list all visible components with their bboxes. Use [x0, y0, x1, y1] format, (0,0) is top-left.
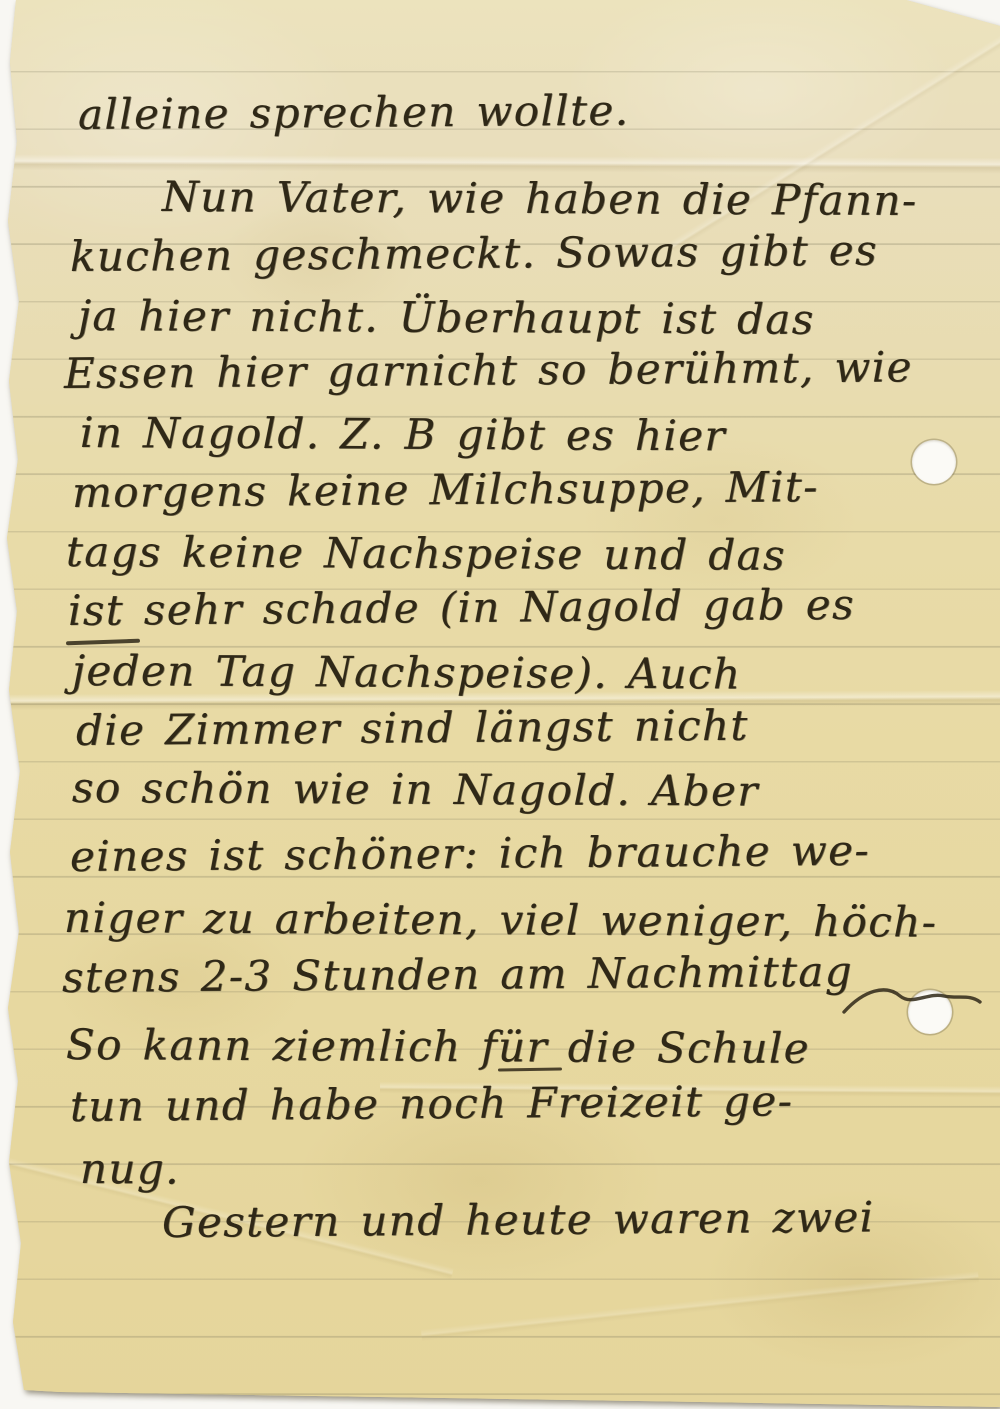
handwritten-line: niger zu arbeiten, viel weniger, höch- — [64, 893, 937, 947]
handwritten-line: tun und habe noch Freizeit ge- — [70, 1076, 794, 1131]
handwritten-line: in Nagold. Z. B gibt es hier — [80, 408, 726, 460]
handwritten-line: Nun Vater, wie haben die Pfann- — [162, 172, 918, 225]
diagonal-crease — [421, 1271, 979, 1341]
handwritten-line: Essen hier garnicht so berühmt, wie — [64, 342, 913, 398]
handwritten-line: kuchen geschmeckt. Sowas gibt es — [70, 226, 878, 281]
handwritten-line: So kann ziemlich für die Schule — [66, 1020, 810, 1073]
handwritten-line: eines ist schöner: ich brauche we- — [70, 826, 870, 881]
stray-ink-dash — [66, 639, 140, 646]
handwritten-line: stens 2-3 Stunden am Nachmittag — [62, 947, 853, 1002]
handwritten-line: ja hier nicht. Überhaupt ist das — [78, 291, 815, 344]
handwritten-line: alleine sprechen wollte. — [78, 86, 630, 139]
handwritten-line: Gestern und heute waren zwei — [162, 1192, 875, 1247]
punch-hole-top — [912, 440, 956, 484]
handwritten-line: die Zimmer sind längst nicht — [76, 701, 749, 755]
handwritten-line: so schön wie in Nagold. Aber — [72, 763, 759, 816]
handwritten-line: ist sehr schade (in Nagold gab es — [68, 580, 855, 635]
letter-paper: alleine sprechen wollte. Nun Vater, wie … — [0, 0, 1000, 1409]
handwritten-line: morgens keine Milchsuppe, Mit- — [72, 462, 819, 517]
handwritten-line: nug. — [80, 1144, 180, 1194]
ink-flourish — [842, 982, 982, 1026]
horizontal-crease — [0, 154, 1000, 174]
handwritten-line: jeden Tag Nachspeise). Auch — [72, 646, 742, 699]
scan-background: alleine sprechen wollte. Nun Vater, wie … — [0, 0, 1000, 1409]
paper-wrapper: alleine sprechen wollte. Nun Vater, wie … — [0, 0, 1000, 1409]
handwritten-line: tags keine Nachspeise und das — [66, 527, 786, 580]
